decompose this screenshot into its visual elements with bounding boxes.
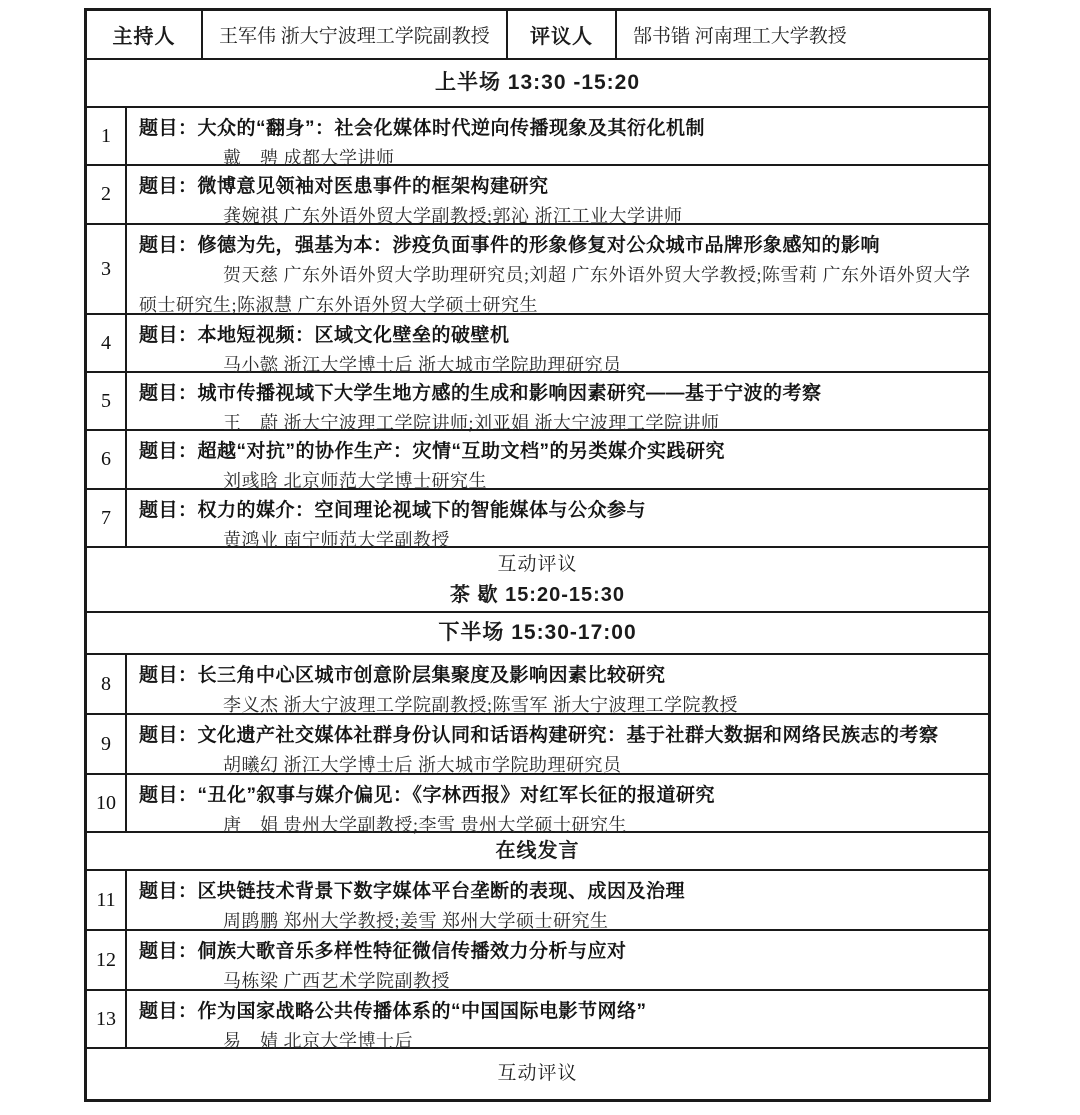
row-number: 2 <box>87 166 125 223</box>
paper-title: 题目：大众的“翻身”：社会化媒体时代逆向传播现象及其衍化机制 <box>139 115 976 142</box>
paper-cell: 题目：本地短视频：区域文化壁垒的破壁机 马小懿 浙江大学博士后 浙大城市学院助理… <box>125 315 988 371</box>
paper-cell: 题目：区块链技术背景下数字媒体平台垄断的表现、成因及治理 周鹍鹏 郑州大学教授;… <box>125 871 988 929</box>
paper-row: 4 题目：本地短视频：区域文化壁垒的破壁机 马小懿 浙江大学博士后 浙大城市学院… <box>87 313 988 371</box>
paper-title: 题目：侗族大歌音乐多样性特征微信传播效力分析与应对 <box>139 938 976 965</box>
reviewer-value: 郜书锴 河南理工大学教授 <box>633 21 847 48</box>
paper-authors: 易 婧 北京大学博士后 <box>139 1026 976 1056</box>
paper-row: 8 题目：长三角中心区城市创意阶层集聚度及影响因素比较研究 李义杰 浙大宁波理工… <box>87 653 988 713</box>
paper-title: 题目：区块链技术背景下数字媒体平台垄断的表现、成因及治理 <box>139 878 976 905</box>
paper-title: 题目：权力的媒介：空间理论视域下的智能媒体与公众参与 <box>139 497 976 524</box>
paper-cell: 题目：作为国家战略公共传播体系的“中国国际电影节网络” 易 婧 北京大学博士后 <box>125 991 988 1047</box>
paper-row: 10 题目：“丑化”叙事与媒介偏见：《字林西报》对红军长征的报道研究 唐 娟 贵… <box>87 773 988 831</box>
conference-schedule-table: 主持人 王军伟 浙大宁波理工学院副教授 评议人 郜书锴 河南理工大学教授 上半场… <box>84 8 991 1102</box>
paper-row: 1 题目：大众的“翻身”：社会化媒体时代逆向传播现象及其衍化机制 戴 骋 成都大… <box>87 106 988 164</box>
row-number: 10 <box>87 775 125 831</box>
section-first-half: 上半场 13:30 -15:20 <box>87 58 988 106</box>
reviewer-value-cell: 郜书锴 河南理工大学教授 <box>615 11 988 58</box>
section-online-label: 在线发言 <box>496 836 580 866</box>
paper-title: 题目：修德为先，强基为本：涉疫负面事件的形象修复对公众城市品牌形象感知的影响 <box>139 232 976 259</box>
row-number: 13 <box>87 991 125 1047</box>
paper-cell: 题目：“丑化”叙事与媒介偏见：《字林西报》对红军长征的报道研究 唐 娟 贵州大学… <box>125 775 988 831</box>
tea-break-label: 茶 歇 15:20-15:30 <box>450 580 625 610</box>
paper-title: 题目：超越“对抗”的协作生产：灾情“互助文档”的另类媒介实践研究 <box>139 438 976 465</box>
paper-row: 9 题目：文化遗产社交媒体社群身份认同和话语构建研究：基于社群大数据和网络民族志… <box>87 713 988 773</box>
paper-cell: 题目：文化遗产社交媒体社群身份认同和话语构建研究：基于社群大数据和网络民族志的考… <box>125 715 988 773</box>
paper-cell: 题目：超越“对抗”的协作生产：灾情“互助文档”的另类媒介实践研究 刘彧晗 北京师… <box>125 431 988 488</box>
row-number: 1 <box>87 108 125 164</box>
row-number: 6 <box>87 431 125 488</box>
paper-title: 题目：“丑化”叙事与媒介偏见：《字林西报》对红军长征的报道研究 <box>139 782 976 809</box>
paper-row: 6 题目：超越“对抗”的协作生产：灾情“互助文档”的另类媒介实践研究 刘彧晗 北… <box>87 429 988 488</box>
host-value-cell: 王军伟 浙大宁波理工学院副教授 <box>201 11 506 58</box>
paper-cell: 题目：城市传播视域下大学生地方感的生成和影响因素研究——基于宁波的考察 王 蔚 … <box>125 373 988 429</box>
paper-title: 题目：文化遗产社交媒体社群身份认同和话语构建研究：基于社群大数据和网络民族志的考… <box>139 722 976 749</box>
row-number: 8 <box>87 655 125 713</box>
paper-row: 11 题目：区块链技术背景下数字媒体平台垄断的表现、成因及治理 周鹍鹏 郑州大学… <box>87 869 988 929</box>
row-number: 12 <box>87 931 125 989</box>
reviewer-label: 评议人 <box>530 20 593 49</box>
row-number: 11 <box>87 871 125 929</box>
section-first-half-label: 上半场 13:30 -15:20 <box>435 68 640 98</box>
paper-title: 题目：长三角中心区城市创意阶层集聚度及影响因素比较研究 <box>139 662 976 689</box>
section-review-tea: 互动评议 茶 歇 15:20-15:30 <box>87 546 988 611</box>
row-number: 7 <box>87 490 125 546</box>
paper-cell: 题目：侗族大歌音乐多样性特征微信传播效力分析与应对 马栋梁 广西艺术学院副教授 <box>125 931 988 989</box>
paper-title: 题目：微博意见领袖对医患事件的框架构建研究 <box>139 173 976 200</box>
paper-row: 13 题目：作为国家战略公共传播体系的“中国国际电影节网络” 易 婧 北京大学博… <box>87 989 988 1047</box>
final-review-label: 互动评议 <box>497 1059 577 1089</box>
paper-title: 题目：作为国家战略公共传播体系的“中国国际电影节网络” <box>139 998 976 1025</box>
paper-title: 题目：城市传播视域下大学生地方感的生成和影响因素研究——基于宁波的考察 <box>139 380 976 407</box>
paper-cell: 题目：大众的“翻身”：社会化媒体时代逆向传播现象及其衍化机制 戴 骋 成都大学讲… <box>125 108 988 164</box>
paper-cell: 题目：修德为先，强基为本：涉疫负面事件的形象修复对公众城市品牌形象感知的影响 贺… <box>125 225 988 313</box>
paper-title: 题目：本地短视频：区域文化壁垒的破壁机 <box>139 322 976 349</box>
paper-row: 5 题目：城市传播视域下大学生地方感的生成和影响因素研究——基于宁波的考察 王 … <box>87 371 988 429</box>
paper-row: 3 题目：修德为先，强基为本：涉疫负面事件的形象修复对公众城市品牌形象感知的影响… <box>87 223 988 313</box>
paper-authors: 贺天慈 广东外语外贸大学助理研究员;刘超 广东外语外贸大学教授;陈雪莉 广东外语… <box>139 260 976 320</box>
section-second-half-label: 下半场 15:30-17:00 <box>438 618 636 648</box>
host-value: 王军伟 浙大宁波理工学院副教授 <box>219 21 490 48</box>
header-row: 主持人 王军伟 浙大宁波理工学院副教授 评议人 郜书锴 河南理工大学教授 <box>87 11 988 58</box>
row-number: 9 <box>87 715 125 773</box>
row-number: 5 <box>87 373 125 429</box>
host-label: 主持人 <box>113 20 176 49</box>
section-second-half: 下半场 15:30-17:00 <box>87 611 988 653</box>
paper-row: 7 题目：权力的媒介：空间理论视域下的智能媒体与公众参与 黄鸿业 南宁师范大学副… <box>87 488 988 546</box>
reviewer-label-cell: 评议人 <box>506 11 615 58</box>
paper-cell: 题目：长三角中心区城市创意阶层集聚度及影响因素比较研究 李义杰 浙大宁波理工学院… <box>125 655 988 713</box>
paper-row: 2 题目：微博意见领袖对医患事件的框架构建研究 龚婉祺 广东外语外贸大学副教授;… <box>87 164 988 223</box>
paper-cell: 题目：微博意见领袖对医患事件的框架构建研究 龚婉祺 广东外语外贸大学副教授;郭沁… <box>125 166 988 223</box>
interactive-review-label: 互动评议 <box>497 550 577 580</box>
paper-row: 12 题目：侗族大歌音乐多样性特征微信传播效力分析与应对 马栋梁 广西艺术学院副… <box>87 929 988 989</box>
row-number: 3 <box>87 225 125 313</box>
row-number: 4 <box>87 315 125 371</box>
paper-cell: 题目：权力的媒介：空间理论视域下的智能媒体与公众参与 黄鸿业 南宁师范大学副教授 <box>125 490 988 546</box>
host-label-cell: 主持人 <box>87 11 201 58</box>
